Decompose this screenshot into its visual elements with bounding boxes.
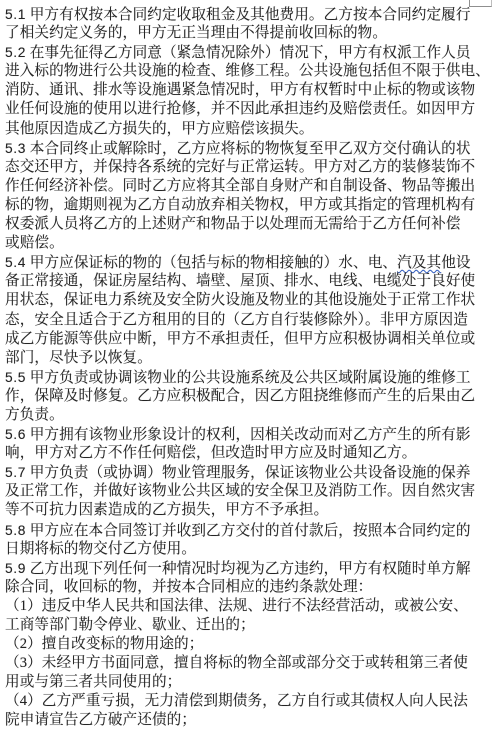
document-line: 成乙方能源等供应中断，甲方不承担责任，但甲方应积极协调相关单位或 [5,330,498,349]
clause-number: 5.3 [5,141,26,156]
text-segment: 除合同，收回标的物，并按本合同相应的违约条款处理： [5,579,372,595]
text-segment: 方负责。 [5,407,64,423]
clause-number: 5.5 [5,370,26,385]
text-segment: 等不可抗力因素造成的乙方损失，甲方不予承担。 [5,502,328,518]
document-line: 方负责。 [5,406,498,425]
document-line: 用状态，保证电力系统及安全防火设施及物业的其他设施处于正常工作状 [5,291,498,310]
text-segment: 部门，尽快予以恢复。 [5,350,152,366]
text-segment: 在事先征得乙方同意（紧急情况除外）情况下，甲方有权派工作人员 [26,45,471,61]
document-line: （3）未经甲方书面同意，擅自将标的物全部或部分交于或转租第三者使 [5,654,498,673]
text-segment: 响，甲方对乙方不作任何赔偿，但改造时甲方应及时通知乙方。 [5,445,416,461]
document-line: 除合同，收回标的物，并按本合同相应的违约条款处理： [5,578,498,597]
document-line: 消防、通讯、排水等设施遇紧急情况时，甲方有权暂时中止标的物或该物 [5,81,498,100]
clause-number: 5.1 [5,7,26,22]
text-segment: 用状态，保证电力系统及安全防火设施及物业的其他设施处于正常工作状 [5,292,475,308]
text-segment: 工商等部门勒令停业、歇业、迁出的； [5,617,255,633]
document-line: （1）违反中华人民共和国法律、法规、进行不法经营活动，或被公安、 [5,597,498,616]
text-segment: 甲方拥有该物业形象设计的权利，因相关改动而对乙方产生的所有影 [26,427,471,443]
text-segment: 乙方出现下列任何一种情况时均视为乙方违约，甲方有权随时单方解 [26,561,471,577]
document-line: 5.9 乙方出现下列任何一种情况时均视为乙方违约，甲方有权随时单方解 [5,559,498,578]
scan-artifact-box-corner [469,0,492,7]
document-line: 标的物，逾期则视为乙方自动放弃相关物权，甲方或其指定的管理机构有 [5,196,498,215]
text-segment: 了相关约定义务的，甲方无正当理由不得提前收回标的物。 [5,25,387,41]
document-line: 业任何设施的使用以进行抢修，并不因此承担违约及赔偿责任。如因甲方 [5,100,498,119]
text-segment: （1）违反中华人民共和国法律、法规、进行不法经营活动，或被公安、 [5,598,468,614]
text-segment: 作，保障及时修复。乙方应积极配合，因乙方阻挠维修而产生的后果由乙 [5,388,475,404]
page: { "page": { "background": "#ffffff", "te… [0,0,500,732]
document-line: 权委派人员将乙方的上述财产和物品于以处理而无需给于乙方任何补偿 [5,215,498,234]
document-line: 了相关约定义务的，甲方无正当理由不得提前收回标的物。 [5,24,498,43]
document-line: 5.1 甲方有权按本合同约定收取租金及其他费用。乙方按本合同约定履行 [5,5,498,24]
text-segment: 院申请宣告乙方破产还债的； [5,712,196,728]
clause-number: 5.7 [5,465,26,480]
document-body: 5.1 甲方有权按本合同约定收取租金及其他费用。乙方按本合同约定履行了相关约定义… [0,0,500,731]
document-line: 及正常工作，并做好该物业公共区域的安全保卫及消防工作。因自然灾害 [5,482,498,501]
text-segment: 进入标的物进行公共设施的检查、维修工程。公共设施包括但不限于供电、 [5,63,490,79]
document-line: （2）擅自改变标的物用途的； [5,635,498,654]
document-line: 5.6 甲方拥有该物业形象设计的权利，因相关改动而对乙方产生的所有影 [5,425,498,444]
text-segment: 甲方应在本合同签订并收到乙方交付的首付款后，按照本合同约定的 [26,523,471,539]
document-line: 作，保障及时修复。乙方应积极配合，因乙方阻挠维修而产生的后果由乙 [5,387,498,406]
text-segment: 日期将标的物交付乙方使用。 [5,541,196,557]
clause-number: 5.6 [5,427,26,442]
text-segment: 他设 [441,255,470,271]
text-segment: 及正常工作，并做好该物业公共区域的安全保卫及消防工作。因自然灾害 [5,483,475,499]
clause-number: 5.8 [5,523,26,538]
text-segment: 成乙方能源等供应中断，甲方不承担责任，但甲方应积极协调相关单位或 [5,331,475,347]
text-segment: 业任何设施的使用以进行抢修，并不因此承担违约及赔偿责任。如因甲方 [5,101,475,117]
document-line: 5.5 甲方负责或协调该物业的公共设施系统及公共区域附属设施的维修工 [5,368,498,387]
document-line: 备正常接通，保证房屋结构、墙壁、屋顶、排水、电线、电缆处于良好使 [5,272,498,291]
clause-number: 5.4 [5,255,26,270]
text-segment: 权委派人员将乙方的上述财产和物品于以处理而无需给于乙方任何补偿 [5,216,461,232]
document-line: 作任何经济补偿。同时乙方应将其全部自身财产和自制设备、物品等搬出 [5,177,498,196]
text-segment: 消防、通讯、排水等设施遇紧急情况时，甲方有权暂时中止标的物或该物 [5,82,475,98]
text-segment: 用或与第三者共同使用的； [5,674,181,690]
document-line: 态，安全且适合于乙方租用的目的（乙方自行装修除外）。非甲方原因造 [5,311,498,330]
document-line: 5.3 本合同终止或解除时，乙方应将标的物恢复至甲乙双方交付确认的状 [5,139,498,158]
text-segment: 或赔偿。 [5,235,64,251]
text-segment: 甲方负责或协调该物业的公共设施系统及公共区域附属设施的维修工 [26,370,471,386]
document-line: （4）乙方严重亏损，无力清偿到期债务，乙方自行或其债权人向人民法 [5,692,498,711]
document-line: 院申请宣告乙方破产还债的； [5,711,498,730]
document-line: 工商等部门勒令停业、歇业、迁出的； [5,616,498,635]
clause-number: 5.9 [5,561,26,576]
document-line: 用或与第三者共同使用的； [5,673,498,692]
document-line: 或赔偿。 [5,234,498,253]
document-line: 态交还甲方，并保持各系统的完好与正常运转。甲方对乙方的装修装饰不 [5,158,498,177]
text-segment: 标的物，逾期则视为乙方自动放弃相关物权，甲方或其指定的管理机构有 [5,197,475,213]
text-segment: 态，安全且适合于乙方租用的目的（乙方自行装修除外）。非甲方原因造 [5,312,468,328]
text-segment: 态交还甲方，并保持各系统的完好与正常运转。甲方对乙方的装修装饰不 [5,159,475,175]
document-line: 5.4 甲方应保证标的物的（包括与标的物相接触的）水、电、汽及其他设 [5,253,498,272]
document-line: 等不可抗力因素造成的乙方损失，甲方不予承担。 [5,501,498,520]
document-line: 其他原因造成乙方损失的，甲方应赔偿该损失。 [5,120,498,139]
text-segment: （2）擅自改变标的物用途的； [5,636,203,652]
text-segment: （3）未经甲方书面同意，擅自将标的物全部或部分交于或转租第三者使 [5,655,468,671]
clause-number: 5.2 [5,45,26,60]
document-line: 5.7 甲方负责（或协调）物业管理服务，保证该物业公共设备设施的保养 [5,463,498,482]
document-line: 部门，尽快予以恢复。 [5,349,498,368]
text-segment: 本合同终止或解除时，乙方应将标的物恢复至甲乙双方交付确认的状 [26,141,471,157]
document-line: 进入标的物进行公共设施的检查、维修工程。公共设施包括但不限于供电、 [5,62,498,81]
document-line: 日期将标的物交付乙方使用。 [5,540,498,559]
spellcheck-underlined-text: 汽及其 [397,255,441,271]
text-segment: 甲方有权按本合同约定收取租金及其他费用。乙方按本合同约定履行 [26,7,471,23]
text-segment: 甲方应保证标的物的（包括与标的物相接触的）水、电、 [26,255,397,271]
text-segment: 备正常接通，保证房屋结构、墙壁、屋顶、排水、电线、电缆处于良好使 [5,273,475,289]
text-segment: 作任何经济补偿。同时乙方应将其全部自身财产和自制设备、物品等搬出 [5,178,475,194]
text-segment: 其他原因造成乙方损失的，甲方应赔偿该损失。 [5,121,314,137]
text-segment: 甲方负责（或协调）物业管理服务，保证该物业公共设备设施的保养 [26,465,471,481]
document-line: 5.8 甲方应在本合同签订并收到乙方交付的首付款后，按照本合同约定的 [5,521,498,540]
document-line: 响，甲方对乙方不作任何赔偿，但改造时甲方应及时通知乙方。 [5,444,498,463]
text-segment: （4）乙方严重亏损，无力清偿到期债务，乙方自行或其债权人向人民法 [5,693,468,709]
document-line: 5.2 在事先征得乙方同意（紧急情况除外）情况下，甲方有权派工作人员 [5,43,498,62]
